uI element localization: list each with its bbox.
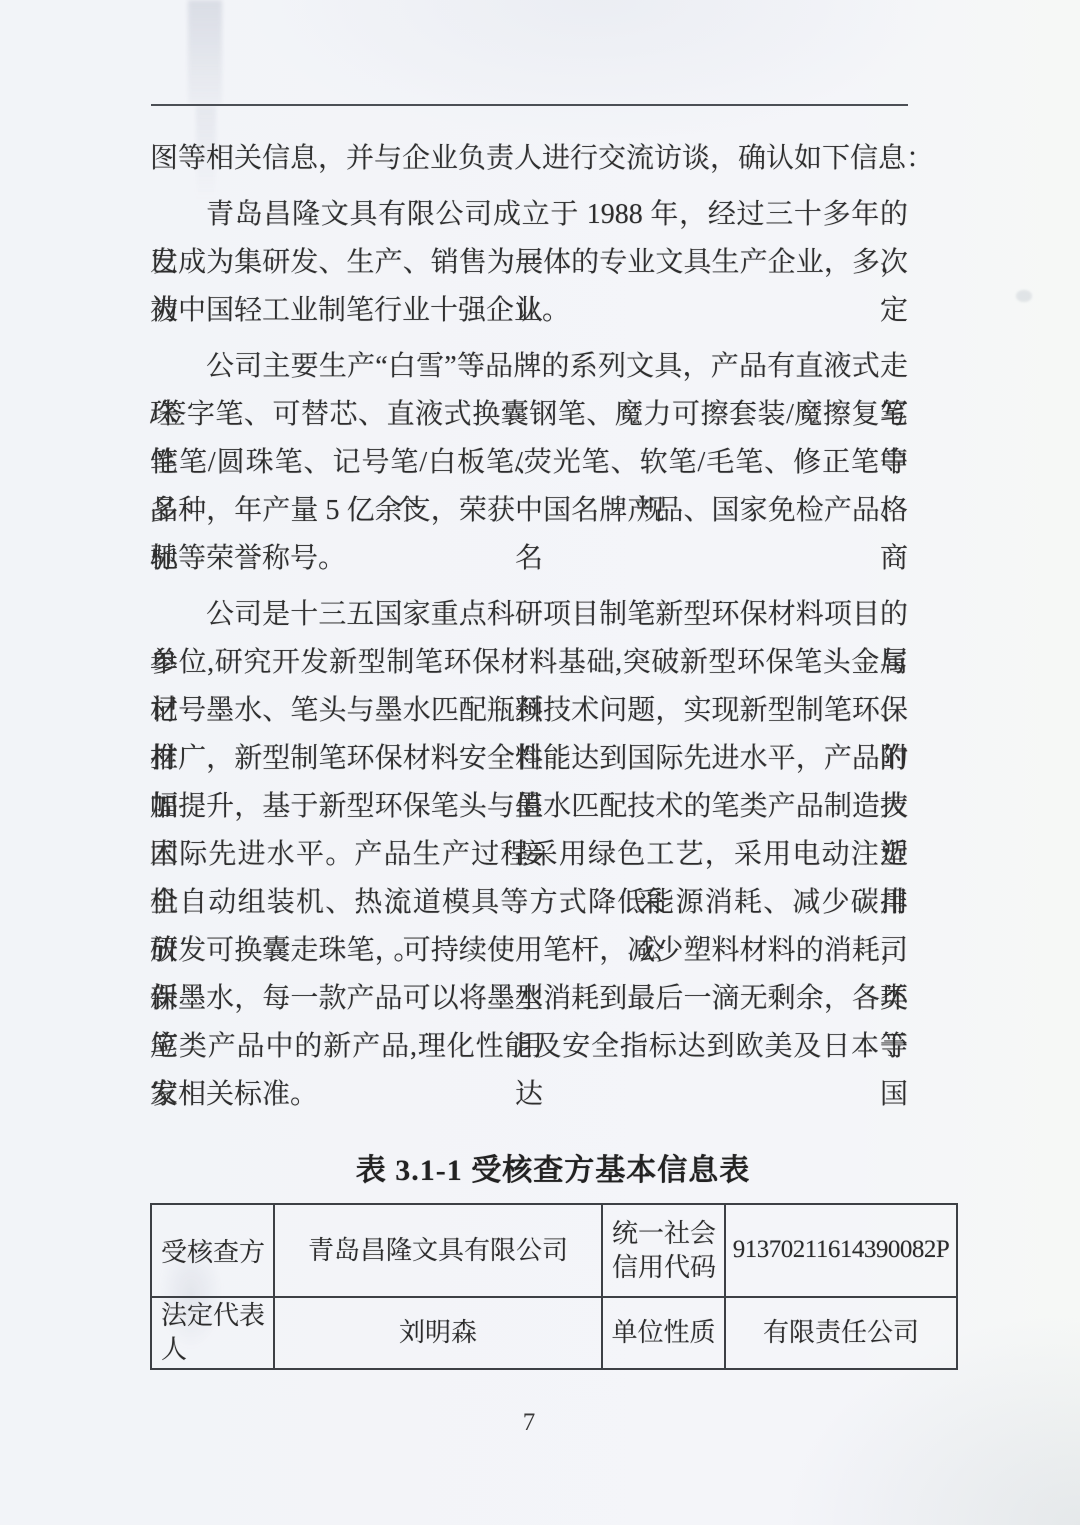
text-line: 图等相关信息，并与企业负责人进行交流访谈，确认如下信息： (150, 135, 908, 183)
text-line: 公司主要生产“白雪”等品牌的系列文具，产品有直液式走珠笔 (150, 343, 908, 391)
text-line: 全自动组装机、热流道模具等方式降低能源消耗、减少碳排放。公司 (150, 879, 908, 927)
text-line: 保墨水，每一款产品可以将墨水消耗到最后一滴无剩余，各类应用于 (150, 975, 908, 1023)
text-line: 性笔/圆珠笔、记号笔/白板笔/荧光笔、软笔/毛笔、修正笔等多个规格 (150, 439, 908, 487)
table-cell: 法定代表人 (151, 1297, 274, 1369)
table-row: 受核查方青岛昌隆文具有限公司统一社会信用代码91370211614390082P (151, 1204, 957, 1297)
paragraph: 公司是十三五国家重点科研项目制笔新型环保材料项目的参与单位,研究开发新型制笔环保… (150, 591, 908, 1119)
table-cell: 统一社会信用代码 (602, 1204, 725, 1297)
text-line: 研发可换囊走珠笔，可持续使用笔杆，减少塑料材料的消耗，新型环 (150, 927, 908, 975)
text-line: 单位,研究开发新型制笔环保材料基础,突破新型环保笔头金属材料、 (150, 639, 908, 687)
text-line: 已成为集研发、生产、销售为一体的专业文具生产企业，多次被认定 (150, 239, 908, 287)
text-line: 幅提升，基于新型环保笔头与墨水匹配技术的笔类产品制造技术接近 (150, 783, 908, 831)
text-line: 品种，年产量 5 亿余支，荣获中国名牌产品、国家免检产品、驰名商 (150, 487, 908, 535)
table-cell: 91370211614390082P (725, 1204, 957, 1297)
table-cell: 单位性质 (602, 1297, 725, 1369)
text-line: 记号墨水、笔头与墨水匹配瓶颈技术问题，实现新型制笔环保材料的 (150, 687, 908, 735)
table-cell: 有限责任公司 (725, 1297, 957, 1369)
body-text: 图等相关信息，并与企业负责人进行交流访谈，确认如下信息：青岛昌隆文具有限公司成立… (150, 135, 908, 1119)
table-cell: 青岛昌隆文具有限公司 (274, 1204, 602, 1297)
text-line: 推广，新型制笔环保材料安全性能达到国际先进水平，产品附加值大 (150, 735, 908, 783)
paragraph: 图等相关信息，并与企业负责人进行交流访谈，确认如下信息： (150, 135, 908, 183)
text-line: /签字笔、可替芯、直液式换囊钢笔、魔力可擦套装/魔擦复写笔、中 (150, 391, 908, 439)
paragraph: 青岛昌隆文具有限公司成立于 1988 年，经过三十多年的发展，已成为集研发、生产… (150, 191, 908, 335)
text-line: 国际先进水平。产品生产过程采用绿色工艺，采用电动注塑机、采用 (150, 831, 908, 879)
table-row: 法定代表人刘明森单位性质有限责任公司 (151, 1297, 957, 1369)
page-content: 图等相关信息，并与企业负责人进行交流访谈，确认如下信息：青岛昌隆文具有限公司成立… (150, 135, 908, 1438)
table-title: 表 3.1-1 受核查方基本信息表 (150, 1153, 956, 1189)
document-page: 图等相关信息，并与企业负责人进行交流访谈，确认如下信息：青岛昌隆文具有限公司成立… (0, 0, 1080, 1525)
text-line: 笔类产品中的新产品,理化性能及安全指标达到欧美及日本等发达国 (150, 1023, 908, 1071)
table-cell: 刘明森 (274, 1297, 602, 1369)
text-line: 公司是十三五国家重点科研项目制笔新型环保材料项目的参与 (150, 591, 908, 639)
paragraph: 公司主要生产“白雪”等品牌的系列文具，产品有直液式走珠笔/签字笔、可替芯、直液式… (150, 343, 908, 583)
info-table: 受核查方青岛昌隆文具有限公司统一社会信用代码91370211614390082P… (150, 1203, 958, 1370)
scan-artifact-streak (188, 0, 222, 104)
header-rule (151, 104, 908, 106)
scan-artifact-mark (1016, 290, 1032, 302)
page-number: 7 (150, 1408, 908, 1438)
text-line: 青岛昌隆文具有限公司成立于 1988 年，经过三十多年的发展， (150, 191, 908, 239)
table-cell: 受核查方 (151, 1204, 274, 1297)
